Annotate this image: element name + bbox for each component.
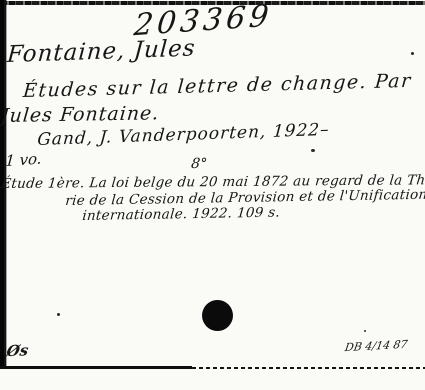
catalog-card-scan: 203369 Fontaine, Jules Études sur la let… — [0, 0, 425, 390]
contents-note-line-3: internationale. 1922. 109 s. — [82, 205, 281, 224]
title-line-2: Jules Fontaine. — [0, 102, 160, 127]
author-heading: Fontaine, Jules — [6, 35, 196, 68]
punch-hole-icon — [202, 300, 233, 331]
ink-speck — [57, 313, 60, 316]
collation-statement: 1 vo. — [5, 149, 43, 170]
ink-speck — [311, 149, 315, 152]
format-statement: 8° — [190, 156, 208, 172]
ink-speck — [411, 52, 414, 55]
card-bottom-edge — [0, 366, 192, 369]
bottom-right-date-mark: DB 4/14 87 — [344, 338, 409, 354]
bottom-left-shelf-mark: Øs — [5, 341, 29, 360]
ink-speck — [364, 330, 366, 332]
card-bottom-edge-dotted — [192, 367, 425, 369]
title-line-1: Études sur la lettre de change. Par — [22, 70, 412, 102]
